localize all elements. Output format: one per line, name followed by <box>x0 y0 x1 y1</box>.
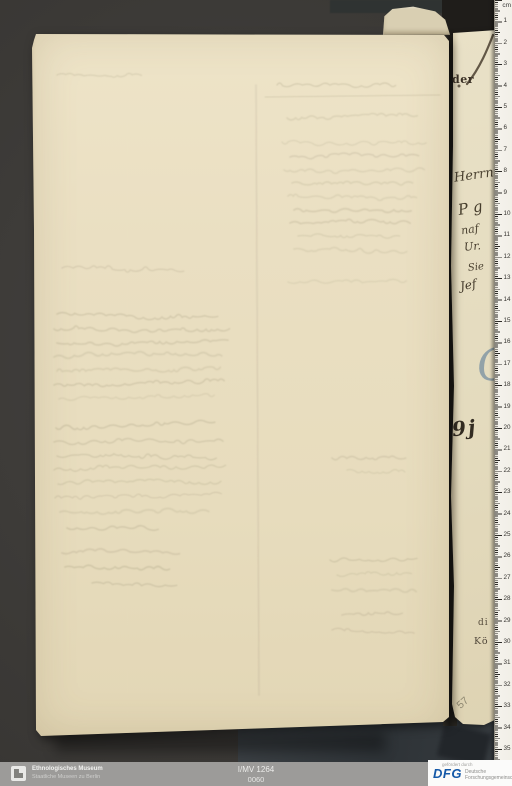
fragment-sie: Sie <box>467 261 484 274</box>
dfg-credit-box: gefördert durch DFG Deutsche Forschungsg… <box>428 760 512 786</box>
ruler-number: 21 <box>504 445 511 452</box>
scanned-page-paper <box>32 30 451 738</box>
fragment-gothic-der: der <box>452 73 474 86</box>
ruler-number: 4 <box>504 82 508 89</box>
ruler-number: 17 <box>504 360 511 367</box>
ruler-number: 35 <box>504 745 511 752</box>
ruler-number: 3 <box>504 60 508 67</box>
ruler-number: 13 <box>504 274 511 281</box>
ruler-number: 11 <box>504 231 511 238</box>
dfg-name-line2: Forschungsgemeinschaft <box>465 775 512 781</box>
ruler-number: 16 <box>504 338 511 345</box>
fragment-9j: 9j <box>451 415 479 441</box>
dfg-logo-text: DFG <box>433 766 462 781</box>
ruler-number: 26 <box>504 552 511 559</box>
ruler-number: 19 <box>504 403 511 410</box>
ruler-number: 30 <box>504 638 511 645</box>
ruler-number: 33 <box>504 702 511 709</box>
ruler-number: 31 <box>504 659 511 666</box>
ruler-number: 25 <box>504 531 511 538</box>
ruler-number: 18 <box>504 381 511 388</box>
ruler-cm-ticks <box>495 0 502 762</box>
fragment-typed-koe: Kö <box>474 636 489 647</box>
scan-viewport: der Herrn P g naf Ur. Sie Jef C 9j di Kö… <box>0 0 512 786</box>
ruler-number: 20 <box>504 424 511 431</box>
fragment-jef: Jef <box>459 277 478 294</box>
ruler: cm 1234567891011121314151617181920212223… <box>494 0 512 762</box>
ruler-unit-label: cm <box>502 2 511 9</box>
ruler-number: 10 <box>504 210 511 217</box>
ruler-number: 34 <box>504 724 511 731</box>
fragment-typed-di: di <box>478 618 489 628</box>
ruler-number: 6 <box>504 124 508 131</box>
footer-bar: Ethnologisches Museum Staatliche Museen … <box>0 762 512 786</box>
ruler-number: 12 <box>504 253 511 260</box>
ruler-number: 23 <box>504 488 511 495</box>
ruler-number: 28 <box>504 595 511 602</box>
ruler-number: 27 <box>504 574 511 581</box>
ruler-number: 1 <box>504 17 508 24</box>
ruler-number: 5 <box>504 103 508 110</box>
ruler-number: 15 <box>504 317 511 324</box>
fragment-naf: naf <box>460 222 479 237</box>
bleed-through-ink <box>32 30 451 738</box>
ruler-number: 32 <box>504 681 511 688</box>
ruler-number: 7 <box>504 146 508 153</box>
scanned-page <box>32 30 451 738</box>
fragment-ur: Ur. <box>463 239 481 253</box>
ruler-number: 22 <box>504 467 511 474</box>
ruler-number: 14 <box>504 296 511 303</box>
ruler-number: 2 <box>504 39 508 46</box>
ruler-number: 29 <box>504 617 511 624</box>
ruler-number: 9 <box>504 189 508 196</box>
ruler-number: 24 <box>504 510 511 517</box>
ruler-number: 8 <box>504 167 508 174</box>
